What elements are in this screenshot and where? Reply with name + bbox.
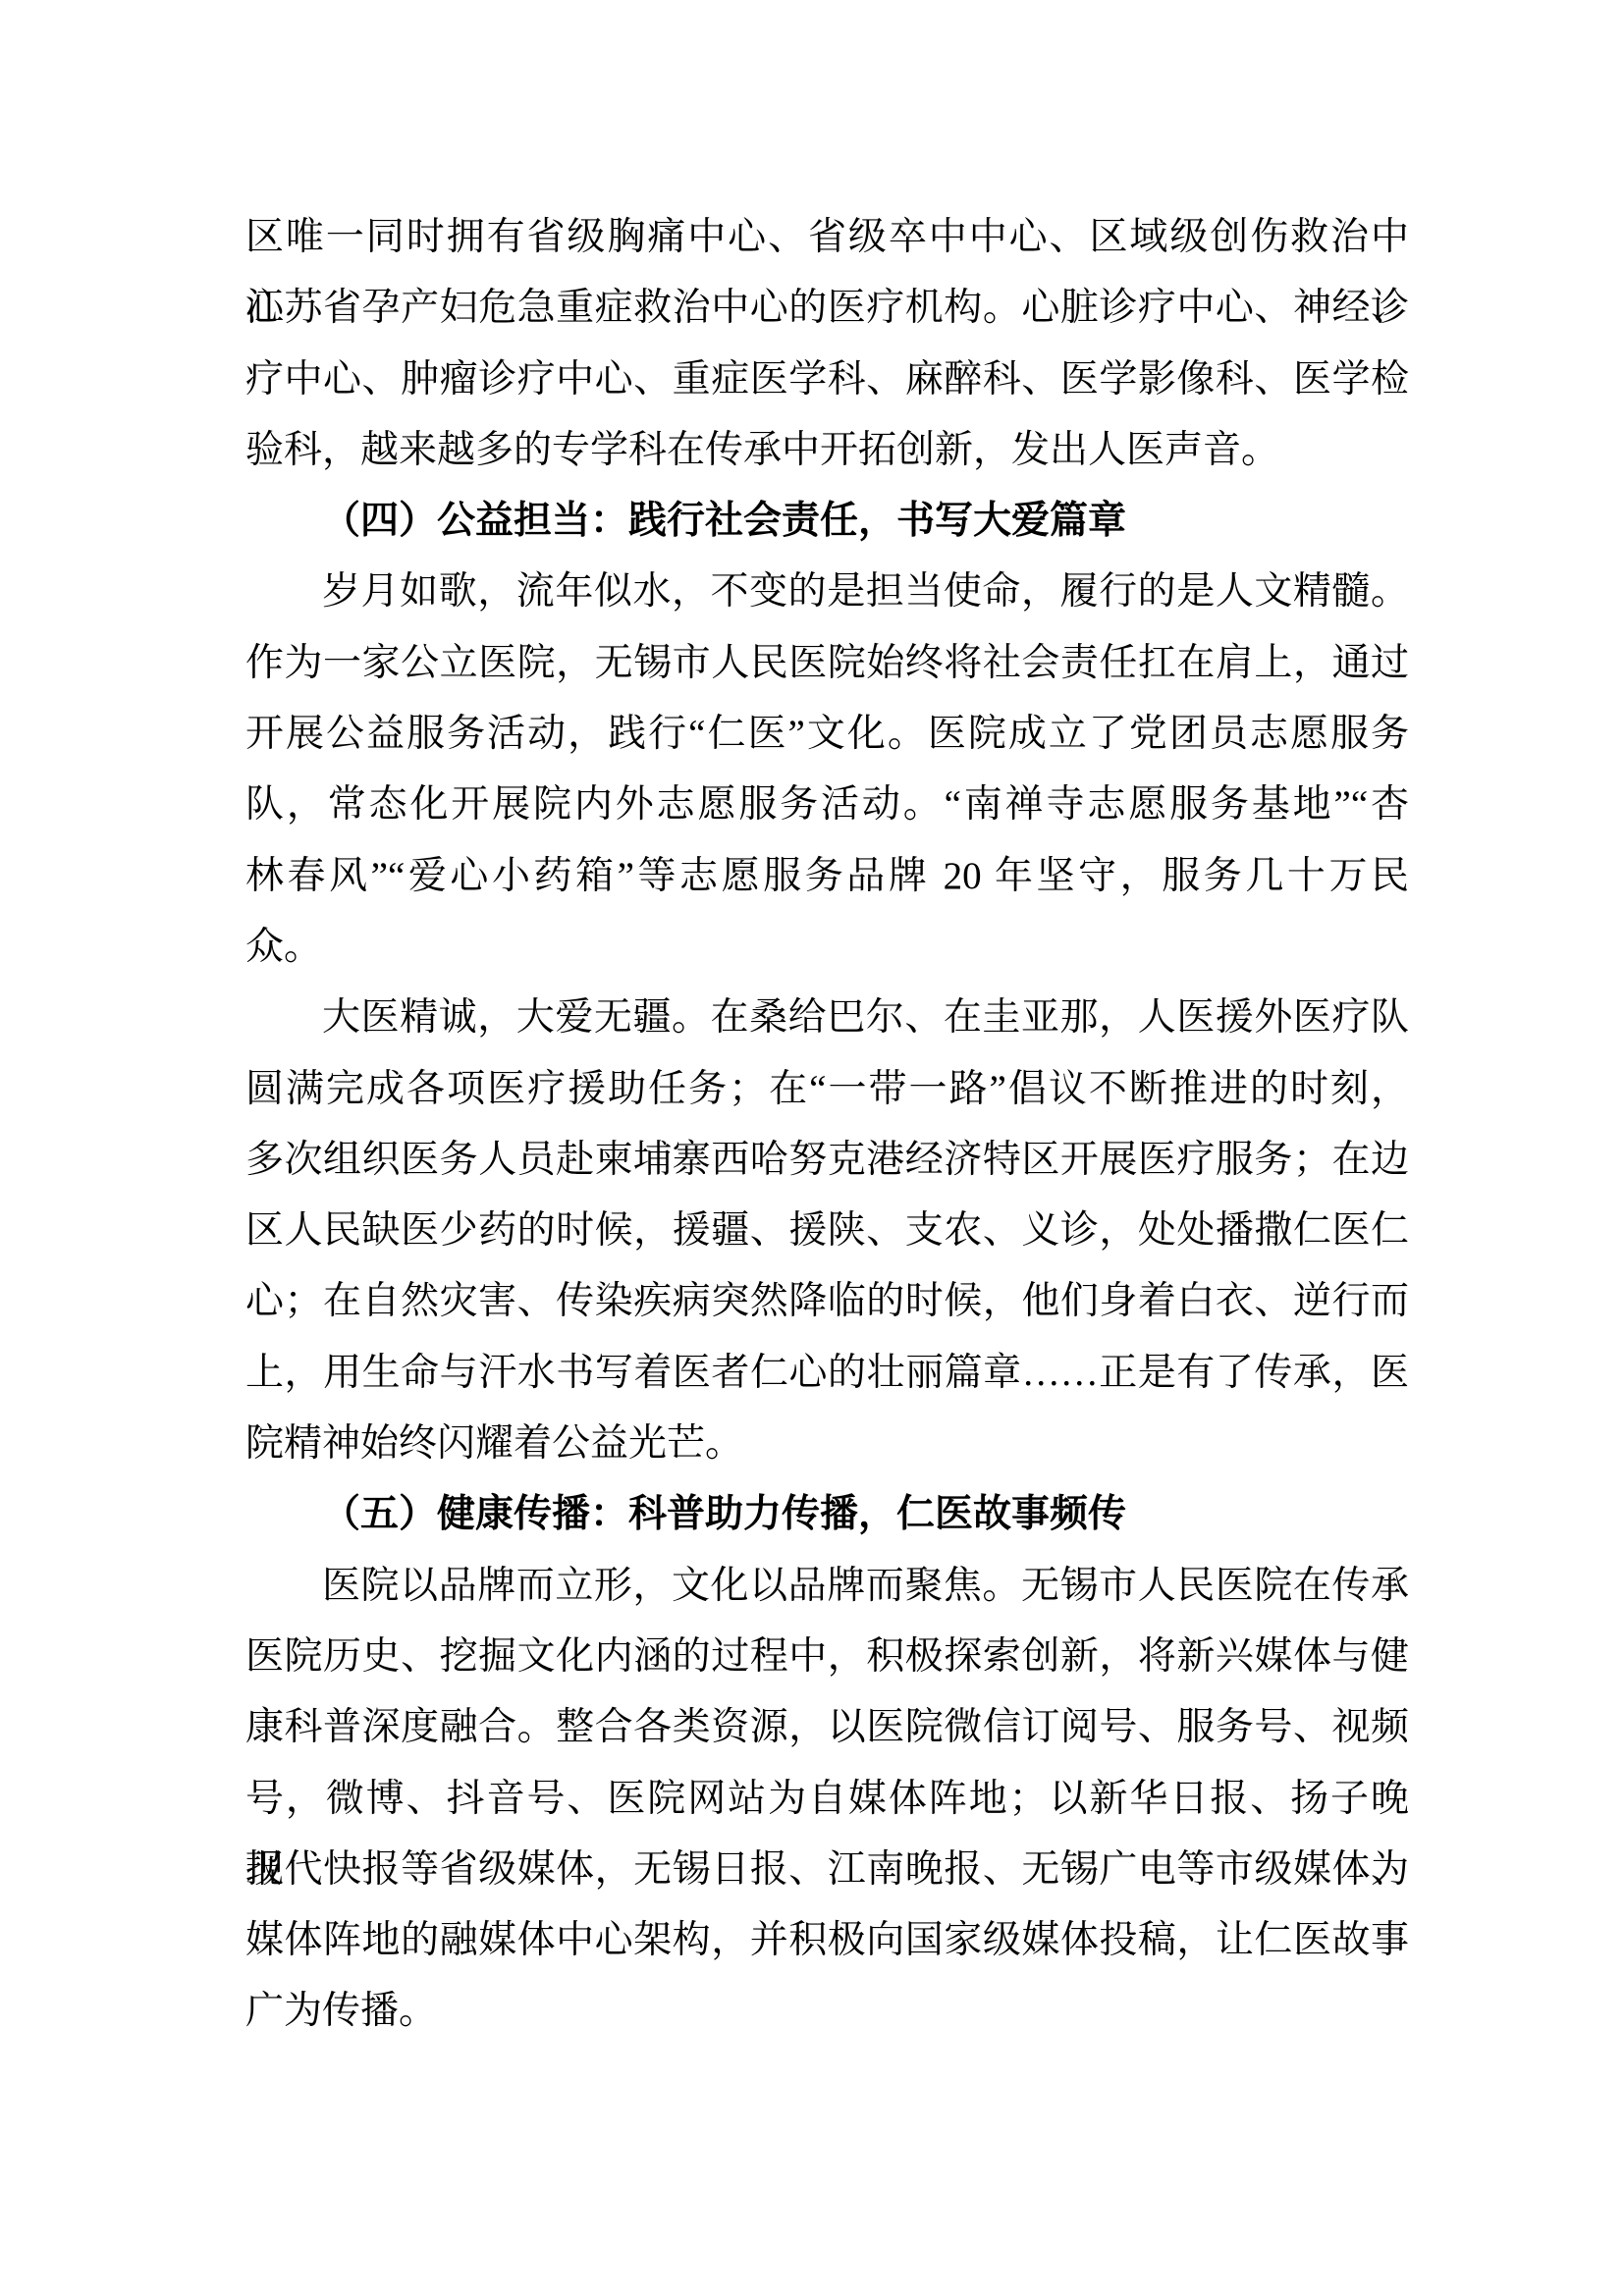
text-line: 圆满完成各项医疗援助任务；在“一带一路”倡议不断推进的时刻， [245,1054,1409,1125]
text-line: 林春风”“爱心小药箱”等志愿服务品牌 20 年坚守，服务几十万民 [245,841,1409,912]
text-line: 院精神始终闪耀着公益光芒。 [245,1409,1409,1479]
text-line: 多次组织医务人员赴柬埔寨西哈努克港经济特区开展医疗服务；在边 [245,1125,1409,1196]
text-line: 心；在自然灾害、传染疾病突然降临的时候，他们身着白衣、逆行而 [245,1266,1409,1337]
section-heading: （五）健康传播：科普助力传播，仁医故事频传 [245,1479,1409,1550]
document-body-text: 区唯一同时拥有省级胸痛中心、省级卒中中心、区域级创伤救治中心、江苏省孕产妇危急重… [245,202,1409,2048]
text-line: 现代快报等省级媒体，无锡日报、江南晚报、无锡广电等市级媒体为 [245,1835,1409,1905]
text-line: 江苏省孕产妇危急重症救治中心的医疗机构。心脏诊疗中心、神经诊 [245,273,1409,344]
text-line: 号，微博、抖音号、医院网站为自媒体阵地；以新华日报、扬子晚报、 [245,1764,1409,1835]
text-line: 区唯一同时拥有省级胸痛中心、省级卒中中心、区域级创伤救治中心、 [245,202,1409,273]
text-line: 广为传播。 [245,1976,1409,2047]
text-line: 区人民缺医少药的时候，援疆、援陕、支农、义诊，处处播撒仁医仁 [245,1196,1409,1266]
text-line: 验科，越来越多的专学科在传承中开拓创新，发出人医声音。 [245,415,1409,486]
text-line: 疗中心、肿瘤诊疗中心、重症医学科、麻醉科、医学影像科、医学检 [245,345,1409,415]
text-line: 大医精诚，大爱无疆。在桑给巴尔、在圭亚那，人医援外医疗队 [245,983,1409,1053]
text-line: 岁月如歌，流年似水，不变的是担当使命，履行的是人文精髓。 [245,557,1409,627]
document-page: 区唯一同时拥有省级胸痛中心、省级卒中中心、区域级创伤救治中心、江苏省孕产妇危急重… [0,0,1624,2296]
text-line: 媒体阵地的融媒体中心架构，并积极向国家级媒体投稿，让仁医故事 [245,1905,1409,1976]
text-line: 众。 [245,912,1409,983]
text-line: 康科普深度融合。整合各类资源，以医院微信订阅号、服务号、视频 [245,1692,1409,1763]
text-line: 作为一家公立医院，无锡市人民医院始终将社会责任扛在肩上，通过 [245,628,1409,699]
text-line: 上，用生命与汗水书写着医者仁心的壮丽篇章……正是有了传承，医 [245,1338,1409,1409]
text-line: 医院以品牌而立形，文化以品牌而聚焦。无锡市人民医院在传承 [245,1551,1409,1622]
text-line: 医院历史、挖掘文化内涵的过程中，积极探索创新，将新兴媒体与健 [245,1622,1409,1692]
text-line: 开展公益服务活动，践行“仁医”文化。医院成立了党团员志愿服务 [245,699,1409,770]
section-heading: （四）公益担当：践行社会责任，书写大爱篇章 [245,486,1409,557]
text-line: 队，常态化开展院内外志愿服务活动。“南禅寺志愿服务基地”“杏 [245,770,1409,840]
